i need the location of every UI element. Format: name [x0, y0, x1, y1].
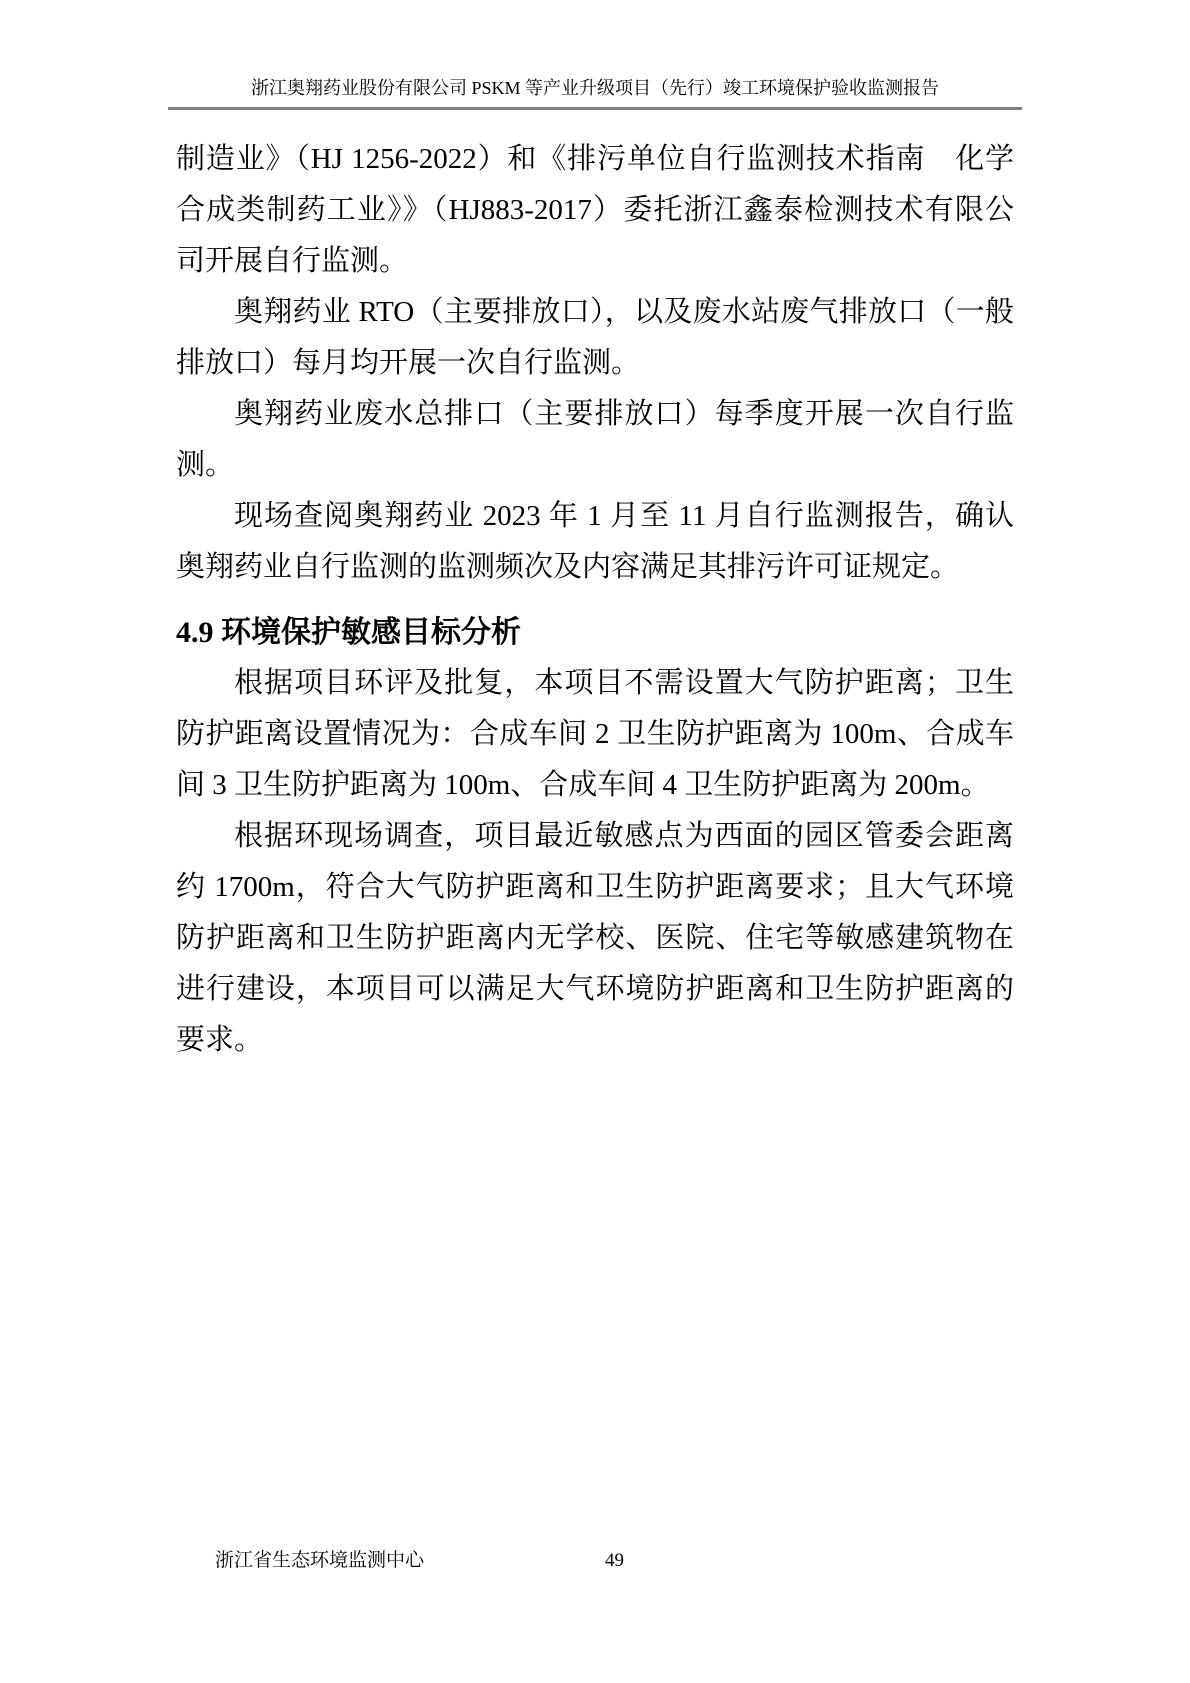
paragraph: 奥翔药业废水总排口（主要排放口）每季度开展一次自行监测。 [176, 389, 1014, 491]
document-body: 制造业》（HJ 1256-2022）和《排污单位自行监测技术指南 化学合成类制药… [176, 134, 1014, 1066]
paragraph: 奥翔药业 RTO（主要排放口），以及废水站废气排放口（一般排放口）每月均开展一次… [176, 287, 1014, 389]
paragraph-continuation: 制造业》（HJ 1256-2022）和《排污单位自行监测技术指南 化学合成类制药… [176, 134, 1014, 287]
paragraph: 根据环现场调查，项目最近敏感点为西面的园区管委会距离约 1700m，符合大气防护… [176, 811, 1014, 1066]
section-heading: 4.9 环境保护敏感目标分析 [176, 607, 1014, 658]
footer-organization: 浙江省生态环境监测中心 [215, 1548, 424, 1573]
page-header-title: 浙江奥翔药业股份有限公司 PSKM 等产业升级项目（先行）竣工环境保护验收监测报… [251, 78, 939, 98]
footer-page-number: 49 [605, 1548, 624, 1573]
paragraph: 现场查阅奥翔药业 2023 年 1 月至 11 月自行监测报告，确认奥翔药业自行… [176, 491, 1014, 593]
document-page: 浙江奥翔药业股份有限公司 PSKM 等产业升级项目（先行）竣工环境保护验收监测报… [0, 0, 1190, 1683]
page-header: 浙江奥翔药业股份有限公司 PSKM 等产业升级项目（先行）竣工环境保护验收监测报… [168, 76, 1022, 110]
paragraph: 根据项目环评及批复，本项目不需设置大气防护距离；卫生防护距离设置情况为：合成车间… [176, 658, 1014, 811]
